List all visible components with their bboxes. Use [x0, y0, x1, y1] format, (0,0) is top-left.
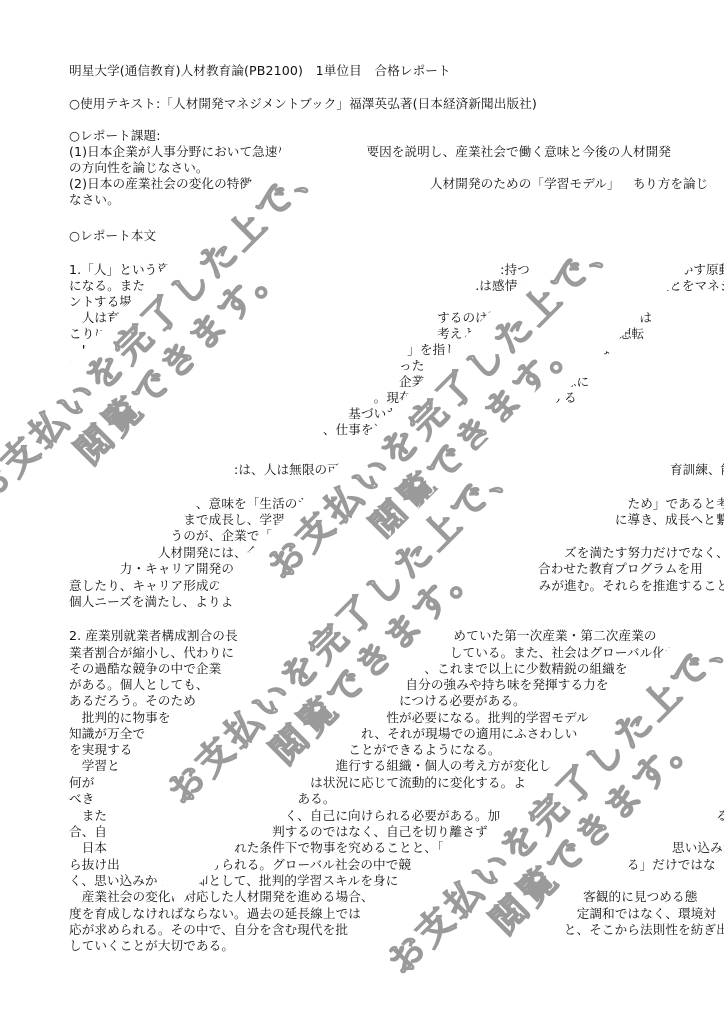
- assignment-1-line2: の方向性を論じなさい。: [69, 160, 209, 176]
- body-heading: ○レポート本文: [69, 228, 156, 244]
- document-page: 明星大学(通信教育)人材教育論(PB2100) 1単位目 合格レポート ○使用テ…: [0, 0, 724, 1024]
- assignment-heading: ○レポート課題:: [69, 128, 161, 144]
- section2-line: 産業社会の変化に対応した人材開発を進める場合、 客観的に見つめる態: [69, 889, 697, 905]
- document-title: 明星大学(通信教育)人材教育論(PB2100) 1単位目 合格レポート: [69, 63, 451, 79]
- section2-line: く、思い込みからの脱却として、批判的学習スキルを身に: [69, 873, 398, 889]
- section2-line: していくことが大切である。: [69, 938, 234, 954]
- assignment-2-line2: なさい。: [69, 192, 120, 208]
- section2-line: 度を育成しなければならない。過去の延長線上では 定調和ではなく、環境対: [69, 906, 716, 922]
- textbook-line: ○使用テキスト:「人材開発マネジメントブック」福澤英弘著(日本経済新聞出版社): [69, 96, 537, 112]
